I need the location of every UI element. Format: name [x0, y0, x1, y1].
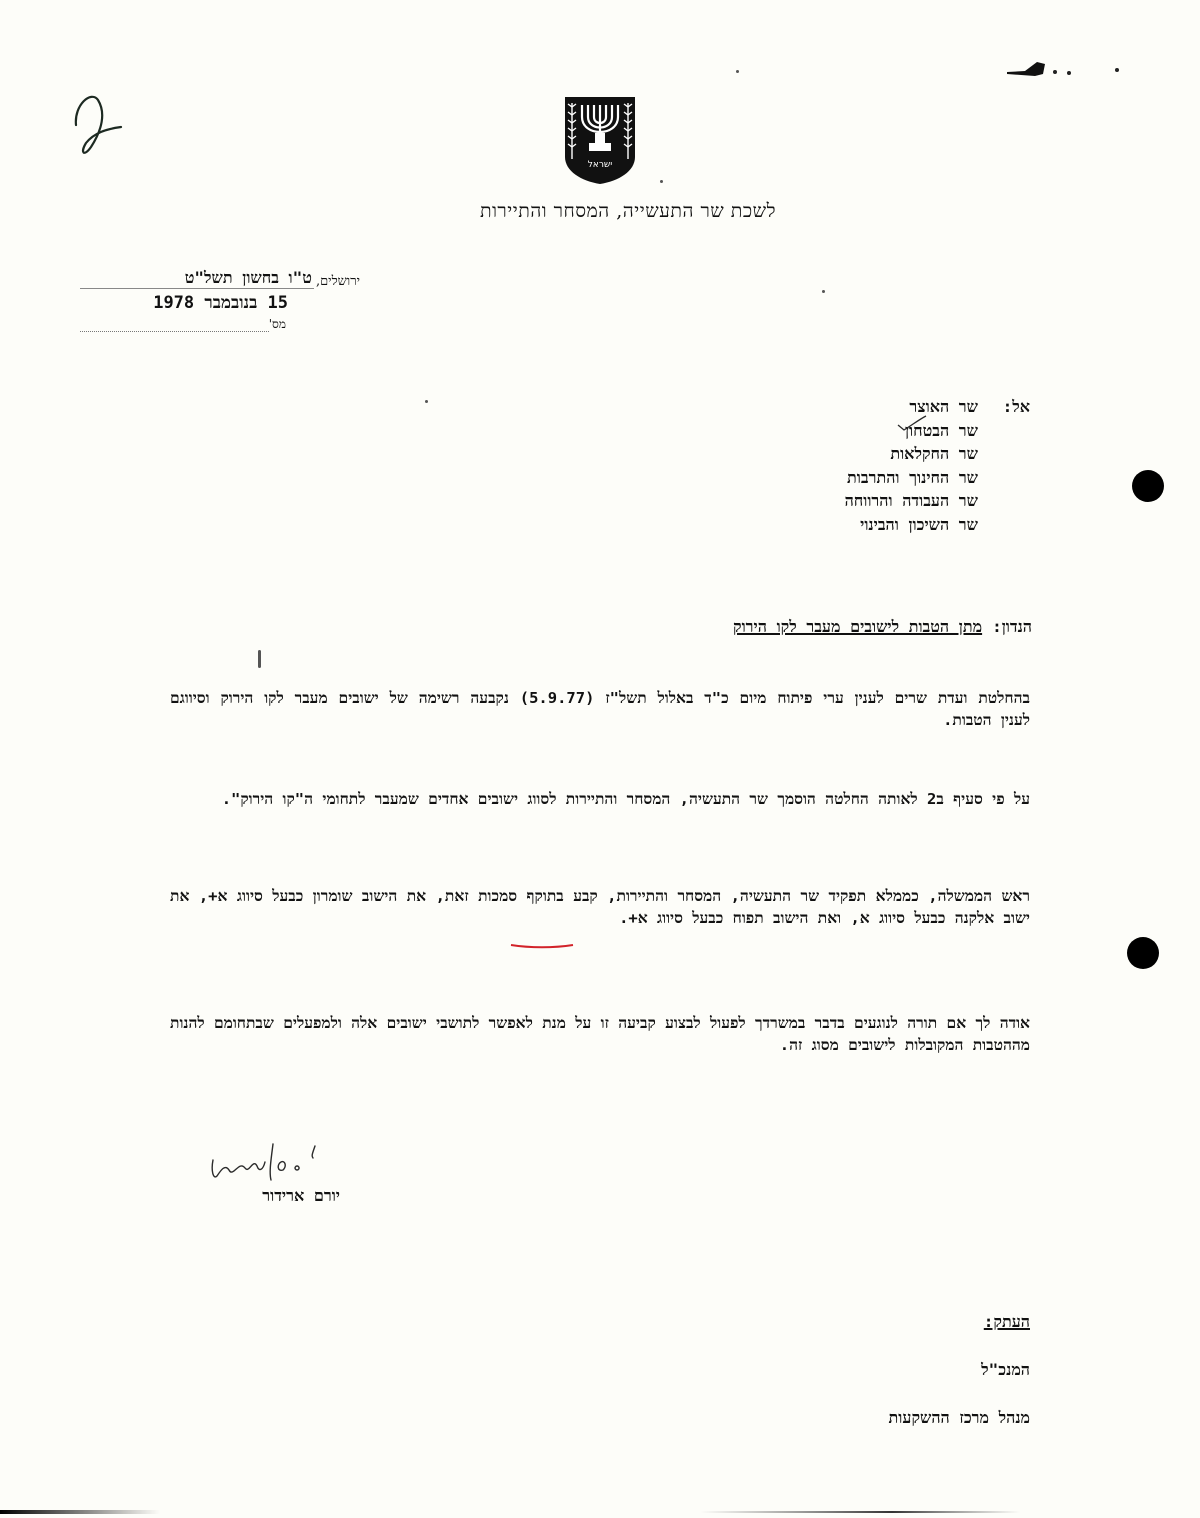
recipients-block: אל:שר האוצר שר הבטחון שר החקלאות שר החינ… [690, 395, 1030, 536]
body-paragraph: בהחלטת ועדת שרים לענין ערי פיתוח מיום כ"… [170, 687, 1030, 731]
cc-item: המנכ"ל [981, 1360, 1030, 1380]
recipient-item: שר החקלאות [890, 442, 978, 466]
red-pen-underline [510, 943, 574, 949]
punch-hole [1127, 937, 1159, 969]
body-paragraph: אודה לך אם תורה לנוגעים בדבר במשרדך לפעו… [170, 1012, 1030, 1056]
scan-speck [660, 180, 663, 183]
handwritten-signature [205, 1140, 325, 1185]
subject-text: מתן הטבות לישובים מעבר לקו הירוק [733, 617, 982, 637]
recipients-label: אל: [978, 395, 1030, 419]
subject-line: הנדון: מתן הטבות לישובים מעבר לקו הירוק [733, 617, 1032, 637]
ink-blot-mark [1005, 58, 1125, 88]
body-paragraph: על פי סעיף ב2 לאותה החלטה הוסמך שר התעשי… [170, 788, 1030, 810]
handwritten-check-icon [896, 415, 928, 433]
scan-speck [736, 70, 739, 73]
recipient-item: שר השיכון והבינוי [860, 513, 978, 537]
recipient-item: שר החינוך והתרבות [847, 466, 978, 490]
cc-label: העתק: [984, 1312, 1030, 1332]
date-block: ירושלים, ט"ו בחשון תשל"ט 15 בנובמבר 1978… [80, 268, 360, 332]
scan-speck [258, 650, 261, 668]
handwritten-page-number [66, 85, 136, 160]
reference-field [80, 319, 269, 332]
reference-label: מס' [269, 317, 360, 332]
reference-line: מס' [80, 317, 360, 332]
city-label: ירושלים, [316, 273, 360, 289]
body-paragraph: ראש הממשלה, כממלא תפקיד שר התעשיה, המסחר… [170, 885, 1030, 929]
subject-label: הנדון: [992, 617, 1032, 637]
cc-item: מנהל מרכז ההשקעות [889, 1408, 1030, 1428]
scan-speck [425, 400, 428, 403]
hebrew-date-line: ירושלים, ט"ו בחשון תשל"ט [80, 268, 360, 289]
scan-speck [822, 290, 825, 293]
punch-hole [1132, 470, 1164, 502]
signer-name: יורם ארידור [180, 1186, 340, 1206]
scan-edge-shadow [0, 1509, 1200, 1515]
israel-emblem-icon: ישראל [563, 95, 637, 185]
office-name: לשכת שר התעשייה, המסחר והתיירות [300, 200, 776, 223]
svg-text:ישראל: ישראל [588, 160, 613, 170]
gregorian-date: 15 בנובמבר 1978 [80, 293, 360, 313]
hebrew-date: ט"ו בחשון תשל"ט [80, 268, 314, 289]
recipient-item: שר העבודה והרווחה [845, 489, 978, 513]
